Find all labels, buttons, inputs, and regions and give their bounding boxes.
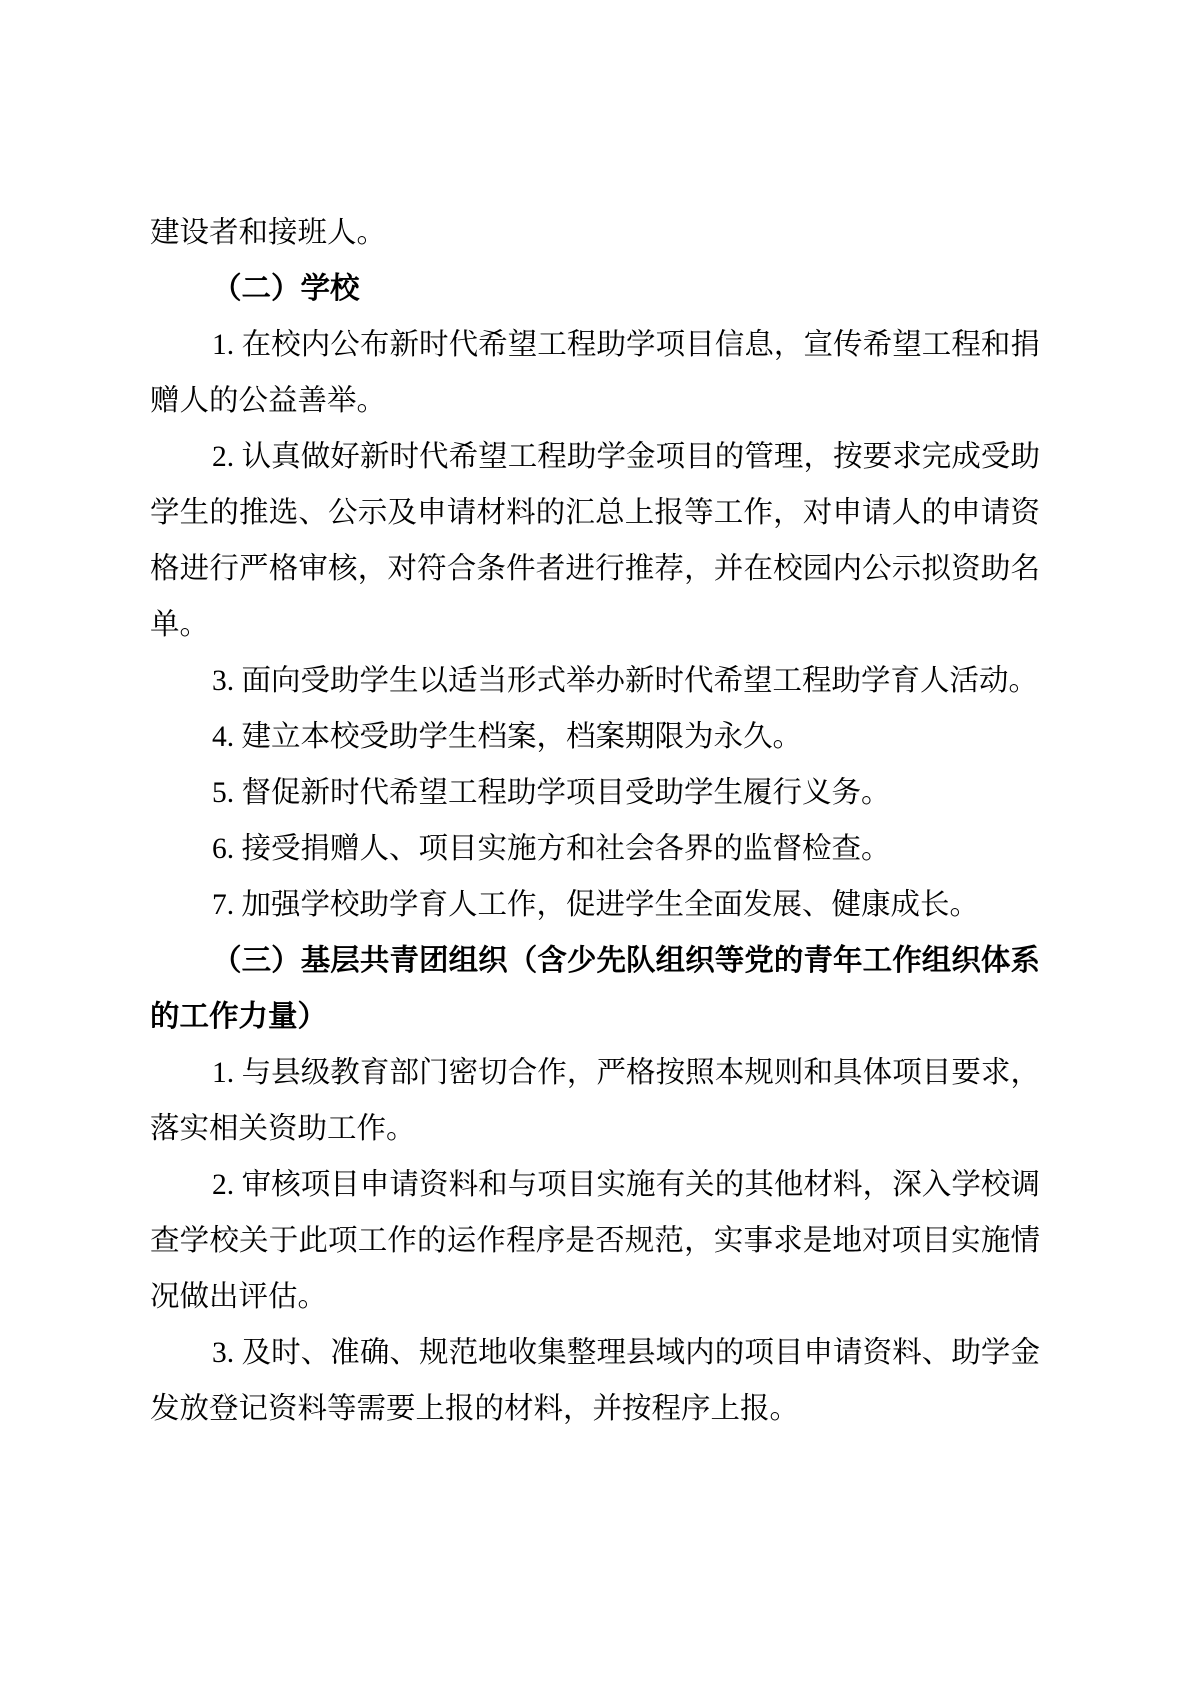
numbered-paragraph-school-6: 6. 接受捐赠人、项目实施方和社会各界的监督检查。 <box>150 821 1040 877</box>
numbered-paragraph-league-1: 1. 与县级教育部门密切合作，严格按照本规则和具体项目要求，落实相关资助工作。 <box>150 1045 1040 1157</box>
numbered-paragraph-school-2: 2. 认真做好新时代希望工程助学金项目的管理，按要求完成受助学生的推选、公示及申… <box>150 429 1040 653</box>
document-body: 建设者和接班人。 （二）学校 1. 在校内公布新时代希望工程助学项目信息，宣传希… <box>150 205 1040 1437</box>
paragraph-continuation: 建设者和接班人。 <box>150 205 1040 261</box>
numbered-paragraph-league-2: 2. 审核项目申请资料和与项目实施有关的其他材料，深入学校调查学校关于此项工作的… <box>150 1157 1040 1325</box>
numbered-paragraph-school-3: 3. 面向受助学生以适当形式举办新时代希望工程助学育人活动。 <box>150 653 1040 709</box>
section-heading-3: （三）基层共青团组织（含少先队组织等党的青年工作组织体系的工作力量） <box>150 933 1040 1045</box>
numbered-paragraph-league-3: 3. 及时、准确、规范地收集整理县域内的项目申请资料、助学金发放登记资料等需要上… <box>150 1325 1040 1437</box>
numbered-paragraph-school-7: 7. 加强学校助学育人工作，促进学生全面发展、健康成长。 <box>150 877 1040 933</box>
numbered-paragraph-school-4: 4. 建立本校受助学生档案，档案期限为永久。 <box>150 709 1040 765</box>
document-page: 建设者和接班人。 （二）学校 1. 在校内公布新时代希望工程助学项目信息，宣传希… <box>0 0 1191 1684</box>
numbered-paragraph-school-1: 1. 在校内公布新时代希望工程助学项目信息，宣传希望工程和捐赠人的公益善举。 <box>150 317 1040 429</box>
section-heading-2: （二）学校 <box>150 261 1040 317</box>
numbered-paragraph-school-5: 5. 督促新时代希望工程助学项目受助学生履行义务。 <box>150 765 1040 821</box>
